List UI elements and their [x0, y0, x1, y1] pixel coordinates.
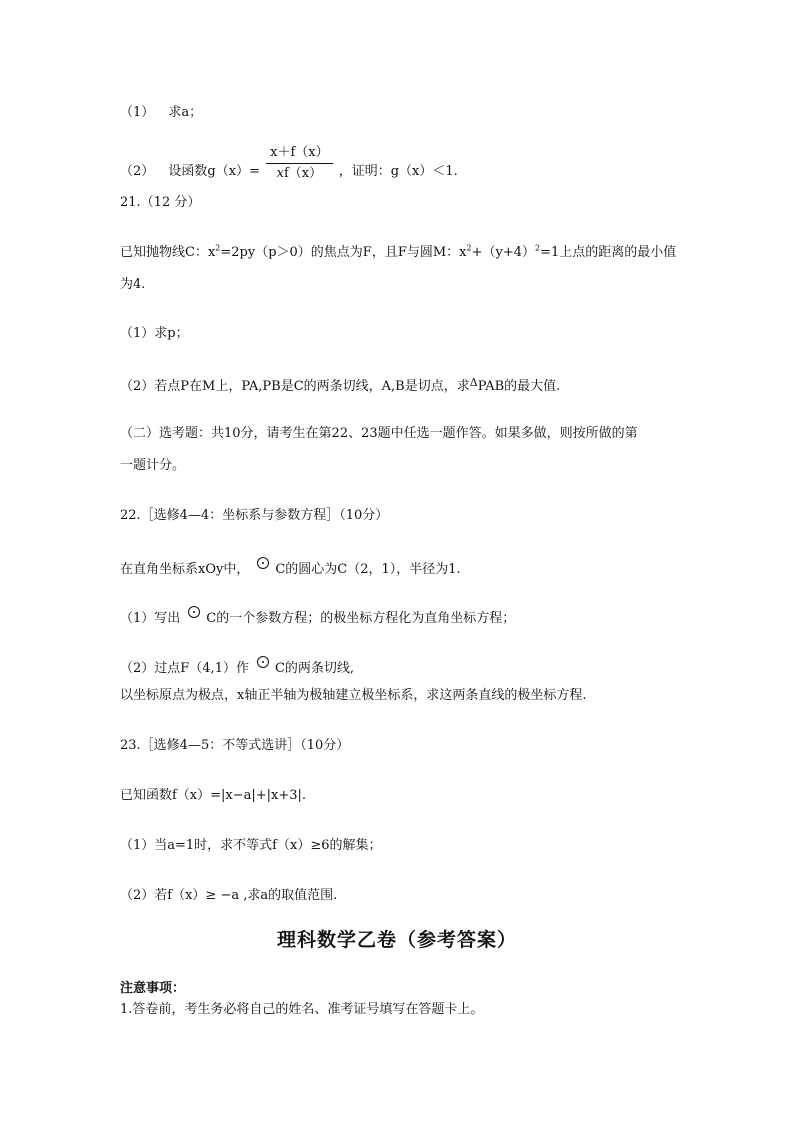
circle-dot-icon — [257, 656, 269, 668]
q22-header: 22.［选修4—4：坐标系与参数方程］（10分） — [120, 507, 388, 525]
circle-dot-icon — [188, 606, 200, 618]
q22-part2: （2）过点F（4,1）作C的两条切线, — [120, 656, 354, 678]
section2-line2: 一题计分。 — [120, 457, 185, 475]
q20-part2-suffix: ，证明：g（x）＜1. — [339, 164, 458, 179]
q20-part2-prefix: 设函数g（x）= — [168, 164, 260, 179]
q21-part1: （1）求p； — [120, 325, 189, 343]
fraction-denominator: xf（x） — [266, 164, 332, 183]
notice-item-1: 1.答卷前，考生务必将自己的姓名、准考证号填写在答题卡上。 — [120, 998, 483, 1017]
q23-part1: （1）当a=1时，求不等式f（x）≥6的解集； — [120, 837, 382, 855]
g-fraction: x＋f（x） xf（x） — [266, 144, 332, 183]
q20-part1-label: （1） — [120, 105, 154, 120]
q20-part1: （1） 求a； — [120, 104, 202, 122]
q20-part2-label: （2） — [120, 164, 154, 179]
q22-stem: 在直角坐标系xOy中，C的圆心为C（2，1），半径为1. — [120, 557, 461, 579]
circle-dot-icon — [257, 557, 269, 569]
q20-part1-text: 求a； — [168, 105, 202, 120]
q20-part2: （2） 设函数g（x）= x＋f（x） xf（x） ，证明：g（x）＜1. — [120, 152, 458, 191]
answer-title: 理科数学乙卷（参考答案） — [0, 925, 794, 952]
q23-header: 23.［选修4—5：不等式选讲］（10分） — [120, 737, 349, 755]
q22-part1: （1）写出C的一个参数方程；的极坐标方程化为直角坐标方程； — [120, 606, 515, 628]
notice-heading: 注意事项： — [120, 977, 185, 996]
q21-part2: （2）若点P在M上，PA,PB是C的两条切线，A,B是切点，求ΔPAB的最大值. — [120, 374, 560, 396]
fraction-numerator: x＋f（x） — [266, 144, 332, 164]
q21-header: 21.（12 分） — [120, 194, 200, 212]
q23-stem: 已知函数f（x）=|x−a|+|x+3|. — [120, 787, 306, 805]
q21-stem-line2: 为4. — [120, 276, 145, 294]
q22-part2-line2: 以坐标原点为极点，x轴正半轴为极轴建立极坐标系，求这两条直线的极坐标方程. — [120, 687, 586, 705]
section2-line1: （二）选考题：共10分，请考生在第22、23题中任选一题作答。如果多做，则按所做… — [120, 425, 638, 443]
triangle-symbol: Δ — [470, 376, 478, 389]
q23-part2: （2）若f（x）≥ −a ,求a的取值范围. — [120, 887, 337, 905]
q21-stem: 已知抛物线C：x2=2py（p＞0）的焦点为F，且F与圆M：x2+（y+4）2=… — [120, 244, 676, 262]
